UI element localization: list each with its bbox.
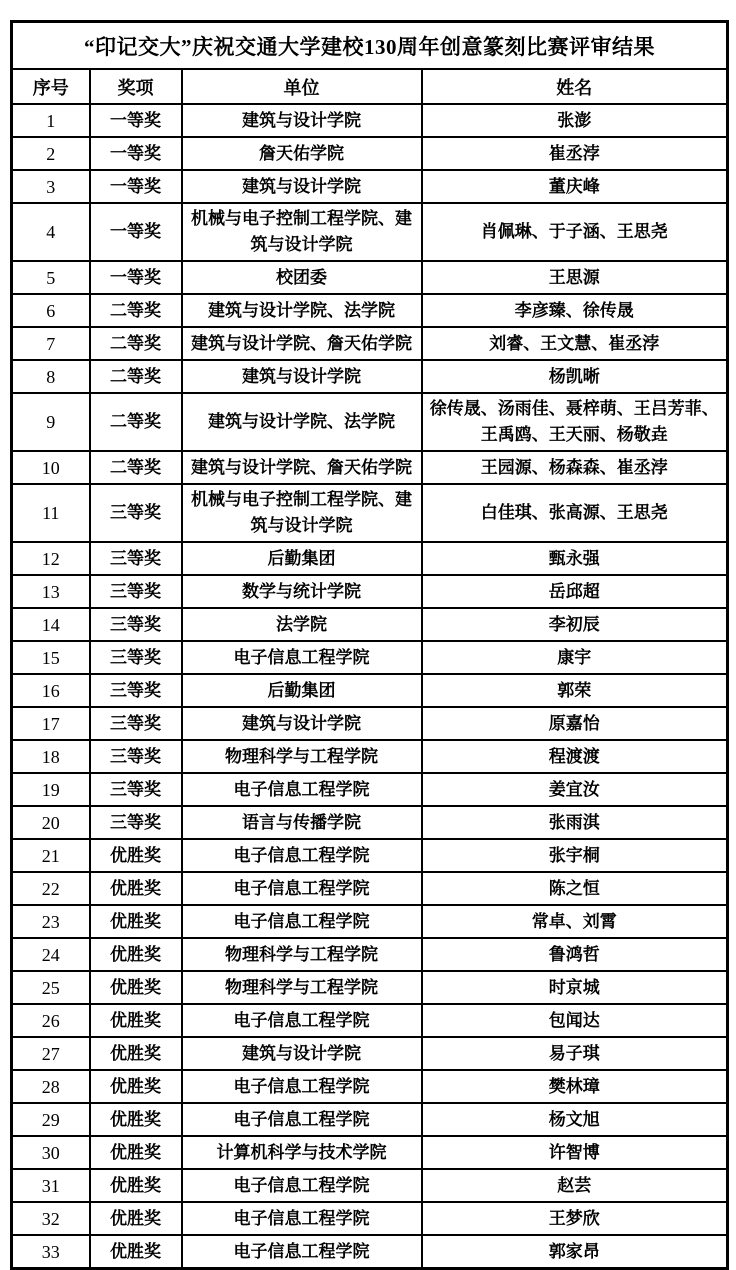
cell-unit: 电子信息工程学院	[182, 1169, 422, 1202]
table-row: 2 一等奖 詹天佑学院 崔丞浡	[12, 137, 728, 170]
cell-award: 优胜奖	[90, 1136, 182, 1169]
cell-unit: 建筑与设计学院、詹天佑学院	[182, 327, 422, 360]
cell-unit: 建筑与设计学院	[182, 104, 422, 137]
cell-unit: 法学院	[182, 608, 422, 641]
cell-names: 崔丞浡	[422, 137, 728, 170]
cell-no: 13	[12, 575, 90, 608]
cell-unit: 后勤集团	[182, 674, 422, 707]
results-table: “印记交大”庆祝交通大学建校130周年创意篆刻比赛评审结果 序号 奖项 单位 姓…	[10, 20, 729, 1270]
table-row: 8 二等奖 建筑与设计学院 杨凯晰	[12, 360, 728, 393]
table-row: 21 优胜奖 电子信息工程学院 张宇桐	[12, 839, 728, 872]
col-header-award: 奖项	[90, 69, 182, 104]
cell-unit: 机械与电子控制工程学院、建筑与设计学院	[182, 203, 422, 261]
cell-unit: 电子信息工程学院	[182, 773, 422, 806]
table-row: 14 三等奖 法学院 李初辰	[12, 608, 728, 641]
cell-names: 李彦臻、徐传晟	[422, 294, 728, 327]
cell-award: 三等奖	[90, 707, 182, 740]
cell-award: 一等奖	[90, 170, 182, 203]
cell-award: 优胜奖	[90, 872, 182, 905]
cell-names: 李初辰	[422, 608, 728, 641]
cell-names: 鲁鸿哲	[422, 938, 728, 971]
cell-no: 5	[12, 261, 90, 294]
cell-names: 程渡渡	[422, 740, 728, 773]
cell-names: 张宇桐	[422, 839, 728, 872]
cell-award: 三等奖	[90, 608, 182, 641]
cell-award: 三等奖	[90, 575, 182, 608]
table-row: 28 优胜奖 电子信息工程学院 樊林璋	[12, 1070, 728, 1103]
table-row: 5 一等奖 校团委 王思源	[12, 261, 728, 294]
cell-no: 20	[12, 806, 90, 839]
cell-award: 二等奖	[90, 451, 182, 484]
table-row: 13 三等奖 数学与统计学院 岳邱超	[12, 575, 728, 608]
table-row: 4 一等奖 机械与电子控制工程学院、建筑与设计学院 肖佩琳、于子涵、王思尧	[12, 203, 728, 261]
cell-no: 6	[12, 294, 90, 327]
cell-names: 王园源、杨森森、崔丞浡	[422, 451, 728, 484]
cell-no: 9	[12, 393, 90, 451]
cell-unit: 电子信息工程学院	[182, 872, 422, 905]
cell-unit: 建筑与设计学院	[182, 707, 422, 740]
table-row: 25 优胜奖 物理科学与工程学院 时京城	[12, 971, 728, 1004]
table-row: 17 三等奖 建筑与设计学院 原嘉怡	[12, 707, 728, 740]
cell-unit: 电子信息工程学院	[182, 1235, 422, 1269]
cell-award: 优胜奖	[90, 1202, 182, 1235]
cell-no: 8	[12, 360, 90, 393]
table-row: 18 三等奖 物理科学与工程学院 程渡渡	[12, 740, 728, 773]
cell-unit: 詹天佑学院	[182, 137, 422, 170]
table-row: 26 优胜奖 电子信息工程学院 包闻达	[12, 1004, 728, 1037]
cell-unit: 建筑与设计学院	[182, 170, 422, 203]
table-row: 11 三等奖 机械与电子控制工程学院、建筑与设计学院 白佳琪、张高源、王思尧	[12, 484, 728, 542]
cell-unit: 电子信息工程学院	[182, 641, 422, 674]
cell-unit: 建筑与设计学院	[182, 1037, 422, 1070]
cell-names: 肖佩琳、于子涵、王思尧	[422, 203, 728, 261]
cell-names: 王梦欣	[422, 1202, 728, 1235]
cell-unit: 电子信息工程学院	[182, 1004, 422, 1037]
cell-award: 三等奖	[90, 641, 182, 674]
cell-no: 32	[12, 1202, 90, 1235]
cell-names: 许智博	[422, 1136, 728, 1169]
table-row: 10 二等奖 建筑与设计学院、詹天佑学院 王园源、杨森森、崔丞浡	[12, 451, 728, 484]
cell-no: 15	[12, 641, 90, 674]
table-row: 33 优胜奖 电子信息工程学院 郭家昂	[12, 1235, 728, 1269]
table-row: 12 三等奖 后勤集团 甄永强	[12, 542, 728, 575]
table-row: 15 三等奖 电子信息工程学院 康宇	[12, 641, 728, 674]
column-header-row: 序号 奖项 单位 姓名	[12, 69, 728, 104]
table-row: 22 优胜奖 电子信息工程学院 陈之恒	[12, 872, 728, 905]
cell-award: 优胜奖	[90, 1037, 182, 1070]
cell-no: 3	[12, 170, 90, 203]
cell-names: 白佳琪、张高源、王思尧	[422, 484, 728, 542]
cell-no: 23	[12, 905, 90, 938]
page-title: “印记交大”庆祝交通大学建校130周年创意篆刻比赛评审结果	[12, 22, 728, 70]
cell-award: 三等奖	[90, 740, 182, 773]
cell-names: 徐传晟、汤雨佳、聂梓萌、王吕芳菲、王禹鸥、王天丽、杨敬垚	[422, 393, 728, 451]
cell-award: 优胜奖	[90, 1103, 182, 1136]
cell-no: 26	[12, 1004, 90, 1037]
cell-no: 18	[12, 740, 90, 773]
cell-no: 29	[12, 1103, 90, 1136]
cell-award: 三等奖	[90, 806, 182, 839]
table-row: 24 优胜奖 物理科学与工程学院 鲁鸿哲	[12, 938, 728, 971]
cell-award: 一等奖	[90, 261, 182, 294]
table-row: 23 优胜奖 电子信息工程学院 常卓、刘霄	[12, 905, 728, 938]
table-row: 3 一等奖 建筑与设计学院 董庆峰	[12, 170, 728, 203]
cell-unit: 电子信息工程学院	[182, 1202, 422, 1235]
cell-award: 一等奖	[90, 137, 182, 170]
cell-award: 优胜奖	[90, 1235, 182, 1269]
cell-names: 刘睿、王文慧、崔丞浡	[422, 327, 728, 360]
cell-award: 优胜奖	[90, 1004, 182, 1037]
cell-award: 优胜奖	[90, 905, 182, 938]
cell-names: 郭荣	[422, 674, 728, 707]
table-row: 20 三等奖 语言与传播学院 张雨淇	[12, 806, 728, 839]
cell-names: 杨文旭	[422, 1103, 728, 1136]
table-body: 1 一等奖 建筑与设计学院 张澎 2 一等奖 詹天佑学院 崔丞浡 3 一等奖 建…	[12, 104, 728, 1269]
table-row: 29 优胜奖 电子信息工程学院 杨文旭	[12, 1103, 728, 1136]
cell-award: 三等奖	[90, 542, 182, 575]
cell-names: 原嘉怡	[422, 707, 728, 740]
cell-award: 优胜奖	[90, 1169, 182, 1202]
col-header-unit: 单位	[182, 69, 422, 104]
cell-no: 1	[12, 104, 90, 137]
cell-no: 4	[12, 203, 90, 261]
cell-names: 赵芸	[422, 1169, 728, 1202]
cell-no: 12	[12, 542, 90, 575]
cell-unit: 电子信息工程学院	[182, 1070, 422, 1103]
cell-award: 优胜奖	[90, 1070, 182, 1103]
cell-unit: 电子信息工程学院	[182, 839, 422, 872]
cell-award: 二等奖	[90, 294, 182, 327]
cell-unit: 机械与电子控制工程学院、建筑与设计学院	[182, 484, 422, 542]
cell-award: 优胜奖	[90, 971, 182, 1004]
cell-unit: 建筑与设计学院、法学院	[182, 294, 422, 327]
cell-no: 14	[12, 608, 90, 641]
cell-unit: 电子信息工程学院	[182, 905, 422, 938]
cell-no: 11	[12, 484, 90, 542]
table-row: 9 二等奖 建筑与设计学院、法学院 徐传晟、汤雨佳、聂梓萌、王吕芳菲、王禹鸥、王…	[12, 393, 728, 451]
title-row: “印记交大”庆祝交通大学建校130周年创意篆刻比赛评审结果	[12, 22, 728, 70]
table-row: 30 优胜奖 计算机科学与技术学院 许智博	[12, 1136, 728, 1169]
cell-names: 樊林璋	[422, 1070, 728, 1103]
cell-award: 一等奖	[90, 203, 182, 261]
cell-no: 27	[12, 1037, 90, 1070]
table-row: 16 三等奖 后勤集团 郭荣	[12, 674, 728, 707]
cell-no: 2	[12, 137, 90, 170]
table-row: 6 二等奖 建筑与设计学院、法学院 李彦臻、徐传晟	[12, 294, 728, 327]
cell-names: 张雨淇	[422, 806, 728, 839]
cell-unit: 计算机科学与技术学院	[182, 1136, 422, 1169]
col-header-names: 姓名	[422, 69, 728, 104]
cell-award: 三等奖	[90, 674, 182, 707]
cell-unit: 电子信息工程学院	[182, 1103, 422, 1136]
table-row: 1 一等奖 建筑与设计学院 张澎	[12, 104, 728, 137]
cell-names: 甄永强	[422, 542, 728, 575]
cell-award: 三等奖	[90, 773, 182, 806]
cell-no: 30	[12, 1136, 90, 1169]
cell-award: 二等奖	[90, 393, 182, 451]
col-header-no: 序号	[12, 69, 90, 104]
cell-no: 33	[12, 1235, 90, 1269]
cell-no: 16	[12, 674, 90, 707]
cell-award: 二等奖	[90, 327, 182, 360]
table-row: 19 三等奖 电子信息工程学院 姜宜汝	[12, 773, 728, 806]
cell-unit: 建筑与设计学院	[182, 360, 422, 393]
table-row: 27 优胜奖 建筑与设计学院 易子琪	[12, 1037, 728, 1070]
cell-no: 21	[12, 839, 90, 872]
cell-names: 包闻达	[422, 1004, 728, 1037]
cell-award: 一等奖	[90, 104, 182, 137]
cell-no: 22	[12, 872, 90, 905]
cell-names: 康宇	[422, 641, 728, 674]
cell-no: 24	[12, 938, 90, 971]
cell-unit: 物理科学与工程学院	[182, 938, 422, 971]
cell-names: 王思源	[422, 261, 728, 294]
cell-award: 三等奖	[90, 484, 182, 542]
cell-no: 19	[12, 773, 90, 806]
cell-no: 25	[12, 971, 90, 1004]
table-row: 31 优胜奖 电子信息工程学院 赵芸	[12, 1169, 728, 1202]
cell-unit: 建筑与设计学院、詹天佑学院	[182, 451, 422, 484]
cell-names: 易子琪	[422, 1037, 728, 1070]
cell-unit: 物理科学与工程学院	[182, 971, 422, 1004]
cell-unit: 校团委	[182, 261, 422, 294]
cell-names: 时京城	[422, 971, 728, 1004]
cell-unit: 物理科学与工程学院	[182, 740, 422, 773]
cell-award: 二等奖	[90, 360, 182, 393]
cell-names: 常卓、刘霄	[422, 905, 728, 938]
cell-award: 优胜奖	[90, 839, 182, 872]
cell-unit: 数学与统计学院	[182, 575, 422, 608]
cell-names: 董庆峰	[422, 170, 728, 203]
cell-unit: 建筑与设计学院、法学院	[182, 393, 422, 451]
cell-unit: 语言与传播学院	[182, 806, 422, 839]
cell-no: 10	[12, 451, 90, 484]
table-row: 7 二等奖 建筑与设计学院、詹天佑学院 刘睿、王文慧、崔丞浡	[12, 327, 728, 360]
cell-award: 优胜奖	[90, 938, 182, 971]
cell-names: 陈之恒	[422, 872, 728, 905]
cell-unit: 后勤集团	[182, 542, 422, 575]
cell-names: 杨凯晰	[422, 360, 728, 393]
cell-no: 28	[12, 1070, 90, 1103]
cell-no: 31	[12, 1169, 90, 1202]
cell-no: 7	[12, 327, 90, 360]
cell-names: 岳邱超	[422, 575, 728, 608]
cell-names: 张澎	[422, 104, 728, 137]
cell-names: 郭家昂	[422, 1235, 728, 1269]
document-page: “印记交大”庆祝交通大学建校130周年创意篆刻比赛评审结果 序号 奖项 单位 姓…	[0, 0, 736, 1231]
cell-no: 17	[12, 707, 90, 740]
cell-names: 姜宜汝	[422, 773, 728, 806]
table-row: 32 优胜奖 电子信息工程学院 王梦欣	[12, 1202, 728, 1235]
